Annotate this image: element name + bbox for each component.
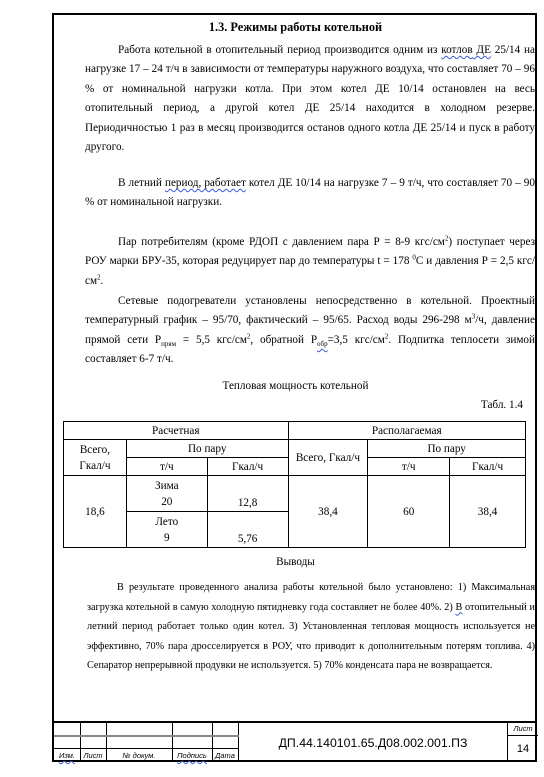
text: . [101,275,104,287]
subscript: прям [161,340,176,348]
text: Изм. [59,751,75,760]
text: = 5,5 кгс/см [176,334,247,346]
cell-avail-total: 38,4 [288,476,368,548]
cell-summer-th: Лето9 [126,512,207,548]
page-frame: 1.3. Режимы работы котельной Работа коте… [52,13,537,762]
text: Подпись [177,751,207,760]
heat-capacity-table: Расчетная Располагаемая Всего,Гкал/ч По … [63,421,526,548]
text: Всего, [80,444,110,456]
stamp-label-signature: Подпись [172,749,212,762]
stamp-label-sheet: Лист [80,749,106,762]
section-title: 1.3. Режимы работы котельной [54,20,537,35]
subscript: обр [317,340,328,348]
header-available: Располагаемая [288,422,525,440]
text: , обратной Р [250,334,317,346]
cell-avail-th: 60 [368,476,450,548]
text: Зима [155,480,179,492]
header-avail-gcal: Гкал/ч [450,458,526,476]
table-number: Табл. 1.4 [481,399,523,411]
header-calc-by-steam: По пару [126,440,288,458]
text: Работа котельной в отопительный период п… [118,44,441,56]
title-block: Изм. Лист № докум. Подпись Дата ДП.44.14… [54,721,537,762]
paragraph-steam-consumers: Пар потребителям (кроме РДОП с давлением… [85,233,535,291]
cell-summer-gcal: 5,76 [207,512,288,548]
cell-winter-th: Зима20 [126,476,207,512]
stamp-label-change: Изм. [54,749,80,762]
paragraph-winter-operation: Работа котельной в отопительный период п… [85,41,535,157]
spellcheck-word: котлов [441,44,472,56]
stamp-divider [54,735,239,737]
cell-calc-total: 18,6 [64,476,127,548]
text: =3,5 кгс/см [328,334,385,346]
table-caption: Тепловая мощность котельной [54,380,537,392]
text: Пар потребителям (кроме РДОП с давлением… [118,236,445,248]
text: 20 [161,496,172,508]
header-calc-total: Всего,Гкал/ч [64,440,127,476]
paragraph-summer-operation: В летний период, работает котел ДЕ 10/14… [85,174,535,213]
stamp-label-date: Дата [212,749,238,762]
text: 9 [164,532,170,544]
sheet-label: Лист [508,723,538,736]
cell-avail-gcal: 38,4 [450,476,526,548]
text: 25/14 на нагрузке 17 – 24 т/ч в зависимо… [85,44,535,153]
sheet-number: 14 [508,736,538,762]
paragraph-network-heaters: Сетевые подогреватели установлены непоср… [85,292,535,370]
text: Гкал/ч [79,460,110,472]
sheet-box: Лист 14 [507,723,538,762]
spellcheck-word: период, работает [165,177,246,189]
header-calc-th: т/ч [126,458,207,476]
stamp-label-doc-number: № докум. [106,749,172,762]
document-code: ДП.44.140101.65.Д08.002.001.ПЗ [239,723,507,762]
cell-winter-gcal: 12,8 [207,476,288,512]
text: Лето [155,516,178,528]
header-avail-th: т/ч [368,458,450,476]
conclusions-heading: Выводы [54,556,537,568]
paragraph-conclusions: В результате проведенного анализа работы… [87,578,535,676]
header-calculated: Расчетная [64,422,289,440]
spellcheck-word: ДЕ [473,44,491,56]
text: Сетевые подогреватели установлены непоср… [85,295,535,326]
header-avail-by-steam: По пару [368,440,526,458]
text: В летний [118,177,165,189]
header-calc-gcal: Гкал/ч [207,458,288,476]
header-avail-total: Всего, Гкал/ч [288,440,368,476]
